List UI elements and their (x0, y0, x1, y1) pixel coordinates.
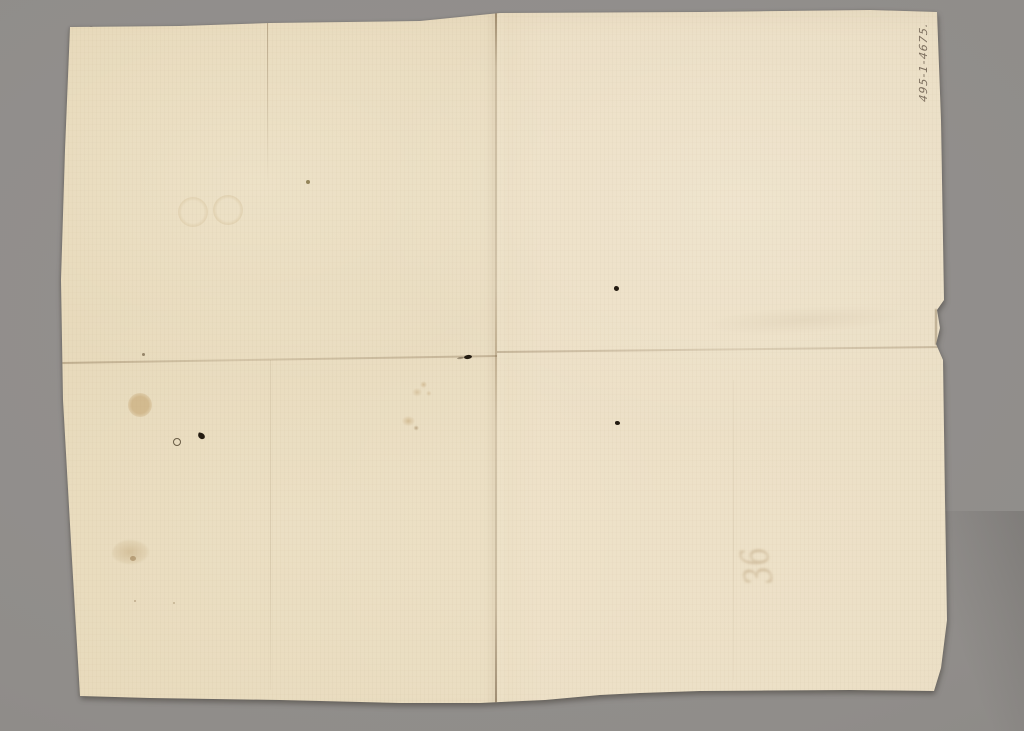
tiny-speck-1 (134, 600, 136, 602)
crease-line-top-left (267, 23, 268, 193)
speck-on-left-fold (142, 353, 145, 356)
ink-spot-upper-right-quadrant (614, 286, 619, 291)
ink-speck-top-edge (89, 24, 93, 27)
wrinkle-shading-right (689, 294, 921, 346)
ink-spot-lower-left-quadrant (197, 432, 205, 439)
horizontal-fold-line-right (497, 346, 944, 352)
crease-line-bottom-right (733, 380, 734, 680)
paper-sheet: 495-1-4675. 36 (0, 0, 1024, 731)
horizontal-fold-line-left (60, 355, 497, 364)
vertical-center-fold-line (495, 12, 497, 703)
faint-ghost-ring-left (178, 197, 208, 227)
tiny-speck-2 (173, 602, 175, 604)
round-brown-stain (128, 393, 152, 417)
paper-shadow-wrapper: 495-1-4675. 36 (0, 0, 1024, 731)
irregular-stain-dark-dot (130, 556, 136, 561)
olive-fleck (306, 180, 310, 184)
ink-spot-on-horizontal-fold (464, 354, 472, 359)
crease-line-bottom-left (270, 360, 271, 690)
photo-backdrop: 495-1-4675. 36 (0, 0, 1024, 731)
ink-spot-lower-right-quadrant (615, 421, 620, 425)
accession-number-inscription: 495-1-4675. (886, 20, 960, 104)
right-edge-tear-shadow (935, 309, 937, 345)
stain-cluster-lower (398, 412, 424, 432)
ghost-show-through-mark: 36 (715, 538, 799, 595)
small-ring-mark (173, 438, 181, 446)
irregular-stain-bottom-left (112, 538, 152, 566)
faint-ghost-ring-right (213, 195, 243, 225)
stain-cluster-upper (408, 378, 434, 400)
